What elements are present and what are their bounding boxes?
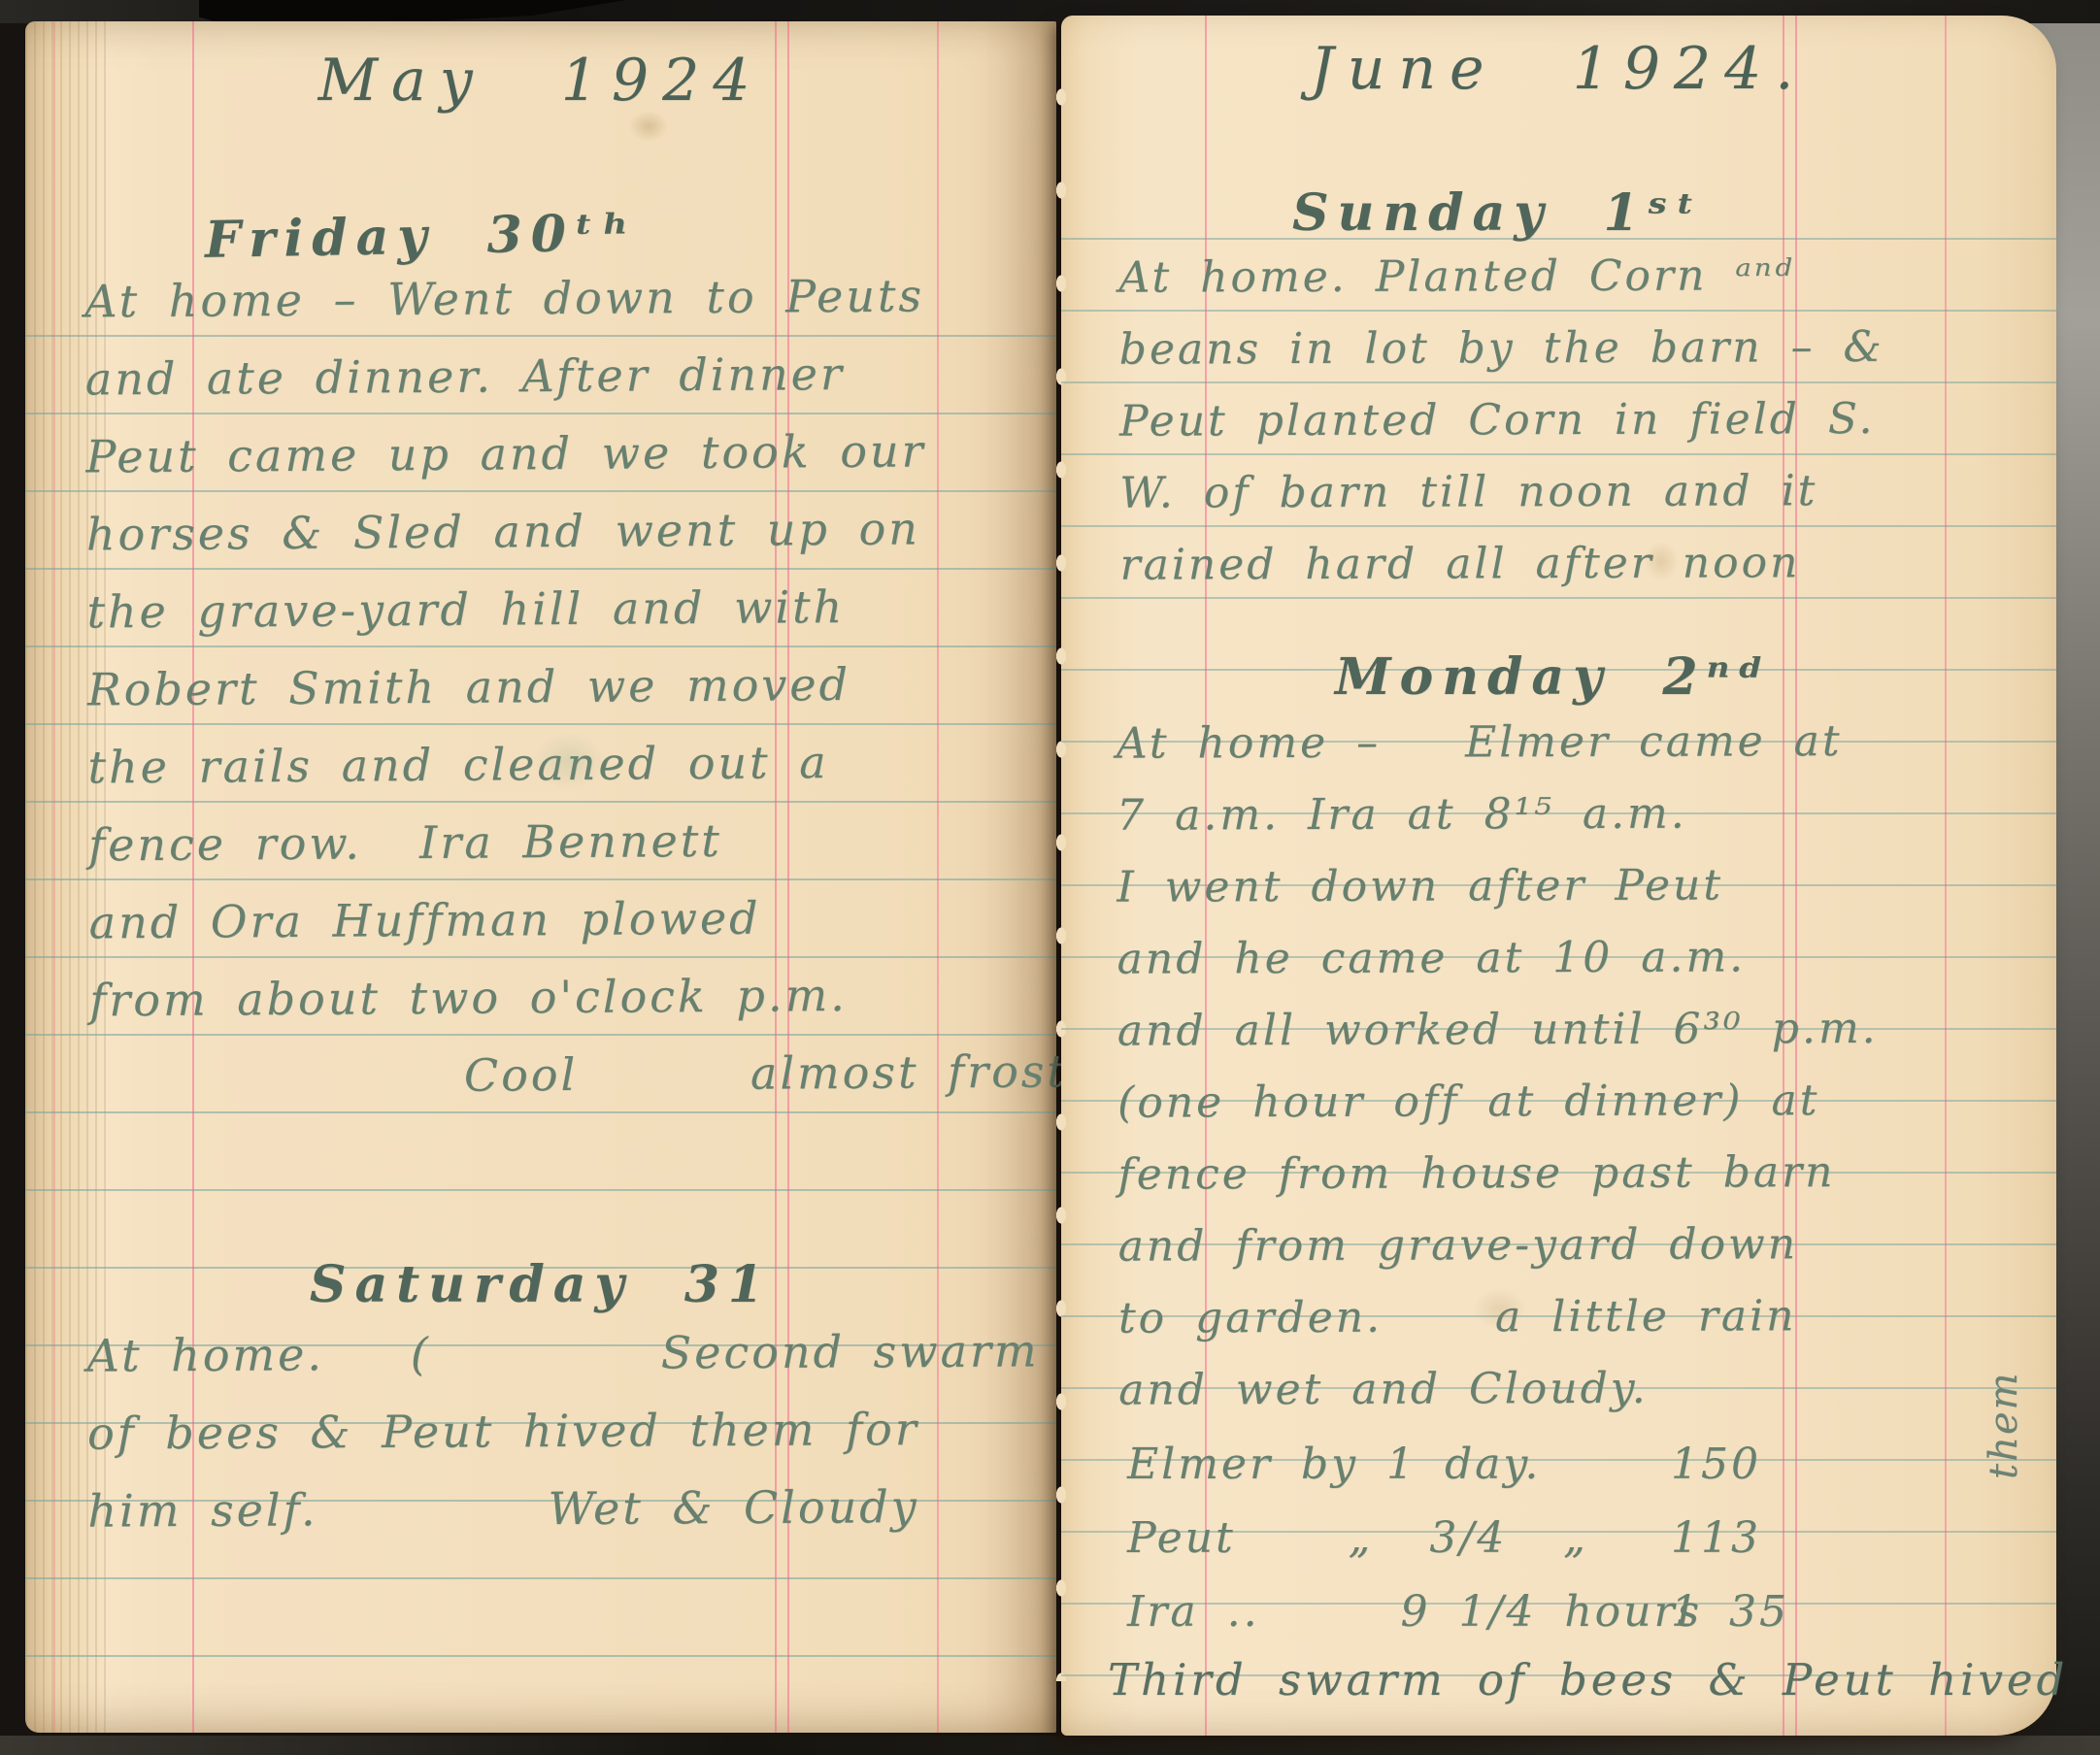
account-label: Peut „ 3/4 „ — [1061, 1502, 1671, 1575]
account-row: Elmer by 1 day.150 — [1061, 1428, 1998, 1502]
diary-line: At home – Elmer came at — [1117, 705, 2042, 779]
entry-heading: Sunday 1ˢᵗ — [1292, 183, 1704, 243]
diary-line: Robert Smith and we moved — [87, 645, 1042, 729]
diary-line: and from grave-yard down — [1118, 1208, 2044, 1282]
diary-line: I went down after Peut — [1117, 848, 2042, 923]
diary-line: and wet and Cloudy. — [1118, 1351, 2044, 1426]
diary-line: Peut planted Corn in field S. — [1119, 382, 2043, 457]
diary-line: and he came at 10 a.m. — [1117, 920, 2042, 995]
diary-line: Peut came up and we took our — [85, 412, 1040, 496]
diary-line: the rails and cleaned out a — [87, 722, 1042, 807]
diary-line: him self. Wet & Cloudy — [87, 1467, 1041, 1549]
diary-line: Cool almost frost — [90, 1033, 1045, 1117]
page-left-may: May 1924 Friday 30ᵗʰ At home – Went down… — [25, 21, 1056, 1733]
diary-line: to garden. a little rain — [1118, 1279, 2044, 1354]
diary-line: At home. Planted Corn ᵃⁿᵈ — [1118, 239, 2042, 314]
month-header-may: May 1924 — [25, 47, 1056, 115]
page-right-june: June 1924. Sunday 1ˢᵗ At home. Planted C… — [1061, 16, 2056, 1736]
diary-line: At home. ( Second swarm — [86, 1311, 1040, 1394]
page-right-content: June 1924. Sunday 1ˢᵗ At home. Planted C… — [1061, 16, 2056, 1736]
entry-heading: Monday 2ⁿᵈ — [1335, 647, 1772, 707]
account-amount: 113 — [1671, 1502, 1761, 1575]
diary-line: and all worked until 6³⁰ p.m. — [1117, 992, 2043, 1067]
month-header-june: June 1924. — [1061, 35, 2056, 103]
diary-line: of bees & Peut hived them for — [87, 1389, 1041, 1472]
entry-heading: Saturday 31 — [25, 1255, 1056, 1314]
scanner-background-bottom-edge — [0, 1736, 2100, 1755]
diary-line: beans in lot by the barn – & — [1119, 311, 2043, 385]
diary-line: fence from house past barn — [1117, 1136, 2043, 1210]
entry-body: At home – Went down to Peutsand ate dinn… — [84, 256, 1044, 1117]
diary-line: At home – Went down to Peuts — [84, 256, 1039, 341]
diary-line: (one hour off at dinner) at — [1117, 1064, 2043, 1139]
account-row: Peut „ 3/4 „113 — [1061, 1502, 1998, 1575]
account-amount: 150 — [1671, 1428, 1761, 1502]
account-amount: 1 35 — [1671, 1575, 1789, 1649]
page-left-content: May 1924 Friday 30ᵗʰ At home – Went down… — [25, 21, 1056, 1733]
diary-line: and ate dinner. After dinner — [84, 334, 1039, 418]
account-row: Ira .. 9 1/4 hours1 35 — [1061, 1575, 1998, 1649]
vertical-margin-note: them — [1982, 1353, 2026, 1479]
entry-body: At home – Elmer came at7 a.m. Ira at 8¹⁵… — [1117, 705, 2045, 1426]
entry-body: At home. Planted Corn ᵃⁿᵈbeans in lot by… — [1118, 239, 2043, 601]
account-label: Elmer by 1 day. — [1061, 1428, 1671, 1502]
diary-line: fence row. Ira Bennett — [88, 800, 1043, 884]
diary-photo: May 1924 Friday 30ᵗʰ At home – Went down… — [0, 0, 2100, 1755]
footer-line: Third swarm of bees & Peut hived — [1108, 1654, 2068, 1705]
diary-line: rained hard all after noon — [1119, 526, 2043, 601]
entry-body: At home. ( Second swarmof bees & Peut hi… — [86, 1311, 1041, 1549]
diary-line: W. of barn till noon and it — [1119, 454, 2043, 529]
diary-line: horses & Sled and went up on — [86, 489, 1041, 574]
wages-account: Elmer by 1 day.150Peut „ 3/4 „113Ira .. … — [1061, 1428, 1998, 1649]
diary-line: the grave-yard hill and with — [86, 567, 1041, 651]
diary-line: and Ora Huffman plowed — [88, 877, 1043, 962]
account-label: Ira .. 9 1/4 hours — [1061, 1575, 1671, 1649]
diary-line: 7 a.m. Ira at 8¹⁵ a.m. — [1117, 777, 2042, 851]
diary-line: from about two o'clock p.m. — [89, 955, 1044, 1040]
